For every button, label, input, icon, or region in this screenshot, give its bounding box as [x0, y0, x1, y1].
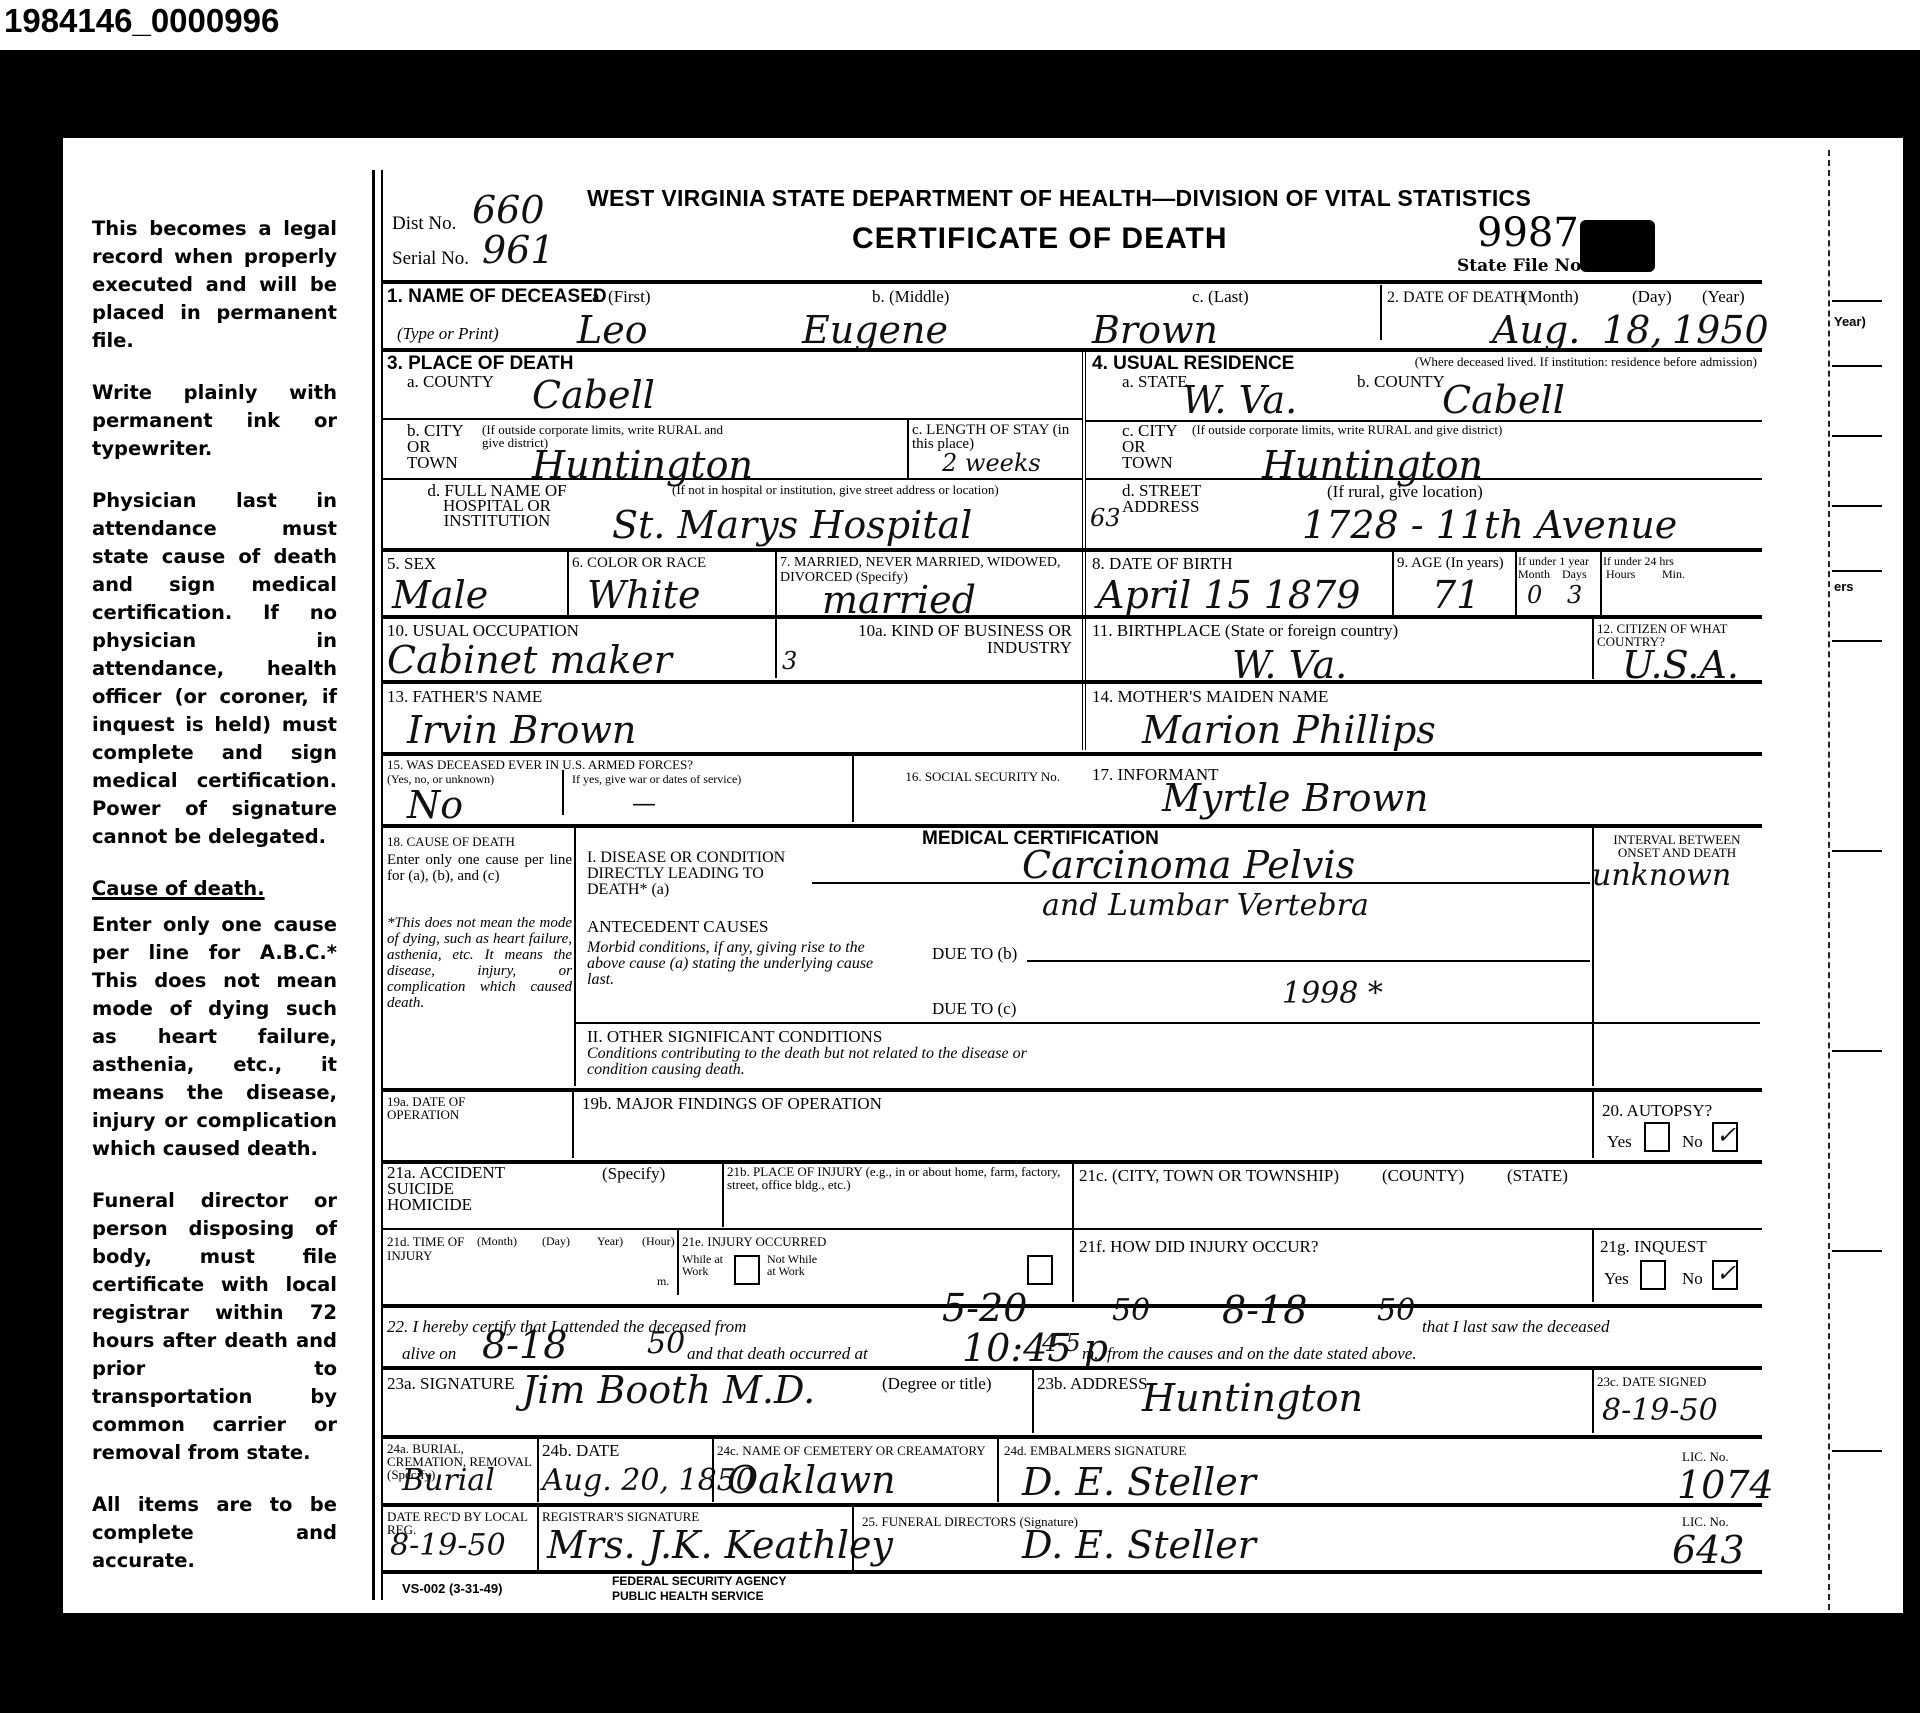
business-value: 3 — [782, 648, 797, 674]
checkmark-icon: ✓ — [1716, 1260, 1736, 1286]
injury-m-label: m. — [657, 1275, 669, 1287]
dist-no-label: Dist No. — [392, 215, 456, 232]
father-name-label: 13. FATHER'S NAME — [387, 688, 542, 705]
ers-fragment: ers — [1834, 580, 1854, 593]
agency-line2: PUBLIC HEALTH SERVICE — [612, 1590, 764, 1602]
dist-no-value: 660 — [472, 190, 545, 230]
last-name-value: Brown — [1092, 310, 1218, 350]
race-label: 6. COLOR OR RACE — [572, 555, 706, 572]
attended-to-date: 8-18 — [1222, 1290, 1307, 1330]
under-year-label: If under 1 year — [1518, 555, 1589, 567]
right-edge-strip: Year) ers — [1828, 150, 1902, 1610]
year-fragment: Year) — [1834, 315, 1866, 328]
mother-name-label: 14. MOTHER'S MAIDEN NAME — [1092, 688, 1328, 705]
place-of-injury-label: 21b. PLACE OF INJURY (e.g., in or about … — [727, 1165, 1067, 1191]
disease-a-line1: Carcinoma Pelvis — [1022, 845, 1355, 885]
instructions-sidebar: This becomes a legal record when properl… — [92, 215, 337, 1599]
physician-signature: Jim Booth M.D. — [522, 1370, 815, 1410]
birthplace-value: W. Va. — [1232, 645, 1347, 685]
age-value: 71 — [1432, 575, 1480, 615]
certify-line2-mid: and that death occurred at — [687, 1345, 868, 1362]
injury-day-label: (Day) — [542, 1235, 570, 1247]
degree-label: (Degree or title) — [882, 1375, 992, 1392]
cause-of-death-label: 18. CAUSE OF DEATH — [387, 835, 515, 848]
street-prefix-value: 63 — [1090, 505, 1121, 531]
citizen-value: U.S.A. — [1622, 645, 1739, 685]
death-city-label: b. CITY OR TOWN — [407, 423, 467, 471]
age-label: 9. AGE (In years) — [1397, 555, 1504, 572]
armed-forces-label: 15. WAS DECEASED EVER IN U.S. ARMED FORC… — [387, 758, 693, 771]
how-injury-label: 21f. HOW DID INJURY OCCUR? — [1079, 1238, 1318, 1255]
age-months-value: 0 — [1527, 582, 1542, 608]
date-signed-label: 23c. DATE SIGNED — [1597, 1375, 1706, 1388]
residence-city-label: c. CITY OR TOWN — [1122, 423, 1182, 471]
antecedent-label: ANTECEDENT CAUSES — [587, 918, 769, 935]
place-of-death-label: 3. PLACE OF DEATH — [387, 355, 574, 372]
due-to-b-label: DUE TO (b) — [932, 945, 1017, 962]
burial-date-value: Aug. 20, 1850 — [542, 1465, 755, 1497]
cause-note: *This does not mean the mode of dying, s… — [387, 915, 572, 1011]
department-heading: WEST VIRGINIA STATE DEPARTMENT OF HEALTH… — [587, 185, 1531, 212]
agency-line1: FEDERAL SECURITY AGENCY — [612, 1575, 786, 1587]
occupation-value: Cabinet maker — [387, 640, 672, 680]
cemetery-value: Oaklawn — [727, 1460, 896, 1500]
last-seen-date: 8-18 — [482, 1325, 567, 1365]
cause-instructions: Enter only one cause per line for (a), (… — [387, 852, 572, 884]
interval-label: INTERVAL BETWEEN ONSET AND DEATH — [1597, 833, 1757, 859]
attended-from-date: 5-20 — [942, 1288, 1027, 1328]
injury-year-label: Year) — [597, 1235, 623, 1247]
under-24-label: If under 24 hrs — [1603, 555, 1674, 567]
residence-state-value: W. Va. — [1182, 380, 1297, 420]
residence-city-note: (If outside corporate limits, write RURA… — [1192, 423, 1502, 436]
name-sublabel: (Type or Print) — [397, 325, 499, 342]
redacted-stamp — [1580, 220, 1655, 272]
other-conditions-note: Conditions contributing to the death but… — [587, 1046, 1067, 1078]
death-county-label: a. COUNTY — [407, 373, 494, 390]
certify-line2-prefix: alive on — [402, 1345, 456, 1362]
while-at-work-checkbox[interactable] — [734, 1255, 760, 1285]
due-to-c-label: DUE TO (c) — [932, 1000, 1016, 1017]
date-of-death-label: 2. DATE OF DEATH — [1387, 290, 1457, 305]
signature-label: 23a. SIGNATURE — [387, 1375, 515, 1392]
instruction-funeral-director: Funeral director or person disposing of … — [92, 1187, 337, 1467]
instruction-complete: All items are to be complete and accurat… — [92, 1491, 337, 1575]
date-received-value: 8-19-50 — [390, 1530, 506, 1562]
embalmer-lic-value: 1074 — [1677, 1465, 1774, 1505]
armed-forces-service-label: If yes, give war or dates of service) — [572, 773, 741, 785]
due-to-c-value: 1998 * — [1282, 978, 1383, 1010]
sex-value: Male — [392, 575, 488, 615]
autopsy-no-checkbox[interactable]: ✓ — [1712, 1122, 1738, 1152]
director-lic-value: 643 — [1672, 1530, 1745, 1570]
father-name-value: Irvin Brown — [407, 710, 636, 750]
autopsy-no-label: No — [1682, 1133, 1703, 1150]
last-seen-year: 50 — [647, 1328, 685, 1360]
inquest-no-checkbox[interactable]: ✓ — [1712, 1260, 1738, 1290]
disease-a-line2: and Lumbar Vertebra — [1042, 890, 1369, 922]
social-security-label: 16. SOCIAL SECURITY No. — [860, 770, 1060, 783]
instruction-cause: Enter only one cause per line for A.B.C.… — [92, 911, 337, 1163]
instruction-physician: Physician last in attendance must state … — [92, 487, 337, 851]
not-at-work-label: Not While at Work — [767, 1253, 822, 1277]
length-of-stay-label: c. LENGTH OF STAY (in this place) — [912, 423, 1082, 451]
operation-findings-label: 19b. MAJOR FINDINGS OF OPERATION — [582, 1095, 882, 1112]
death-day-value: 18, — [1602, 310, 1662, 350]
middle-name-value: Eugene — [802, 310, 948, 350]
usual-residence-note: (Where deceased lived. If institution: r… — [1357, 355, 1757, 368]
injury-county-label: (COUNTY) — [1382, 1167, 1464, 1184]
inquest-yes-checkbox[interactable] — [1640, 1260, 1666, 1290]
usual-residence-label: 4. USUAL RESIDENCE — [1092, 355, 1294, 372]
while-at-work-label: While at Work — [682, 1253, 732, 1277]
age-min-label: Min. — [1662, 568, 1685, 580]
name-label: 1. NAME OF DECEASED — [387, 288, 607, 305]
armed-forces-value: No — [407, 785, 463, 825]
death-month-value: Aug. — [1492, 310, 1580, 350]
age-days-label: Days — [1562, 568, 1587, 580]
date-of-birth-value: April 15 1879 — [1097, 575, 1360, 615]
antecedent-note: Morbid conditions, if any, giving rise t… — [587, 940, 877, 988]
marital-status-value: married — [822, 580, 976, 620]
street-address-value: 1728 - 11th Avenue — [1302, 505, 1677, 545]
residence-state-label: a. STATE — [1122, 373, 1188, 390]
burial-type-value: Burial — [402, 1465, 495, 1497]
injury-hour-label: (Hour) — [642, 1235, 675, 1247]
funeral-director-signature: D. E. Steller — [1022, 1525, 1256, 1565]
race-value: White — [587, 575, 700, 615]
disease-label: I. DISEASE OR CONDITION DIRECTLY LEADING… — [587, 850, 827, 898]
death-county-value: Cabell — [532, 375, 655, 415]
image-caption: 1984146_0000996 — [4, 2, 279, 48]
injury-month-label: (Month) — [477, 1235, 517, 1247]
death-day-label: (Day) — [1632, 288, 1672, 305]
serial-no-value: 961 — [482, 230, 555, 270]
sex-label: 5. SEX — [387, 555, 436, 572]
attended-from-year: 50 — [1112, 1295, 1150, 1327]
street-address-note: (If rural, give location) — [1327, 483, 1483, 500]
serial-no-label: Serial No. — [392, 250, 469, 267]
date-signed-value: 8-19-50 — [1602, 1395, 1718, 1427]
cemetery-label: 24c. NAME OF CEMETERY OR CREAMATORY — [717, 1444, 986, 1457]
death-year-label: (Year) — [1702, 288, 1745, 305]
form-code: VS-002 (3-31-49) — [402, 1582, 502, 1595]
instruction-write-plainly: Write plainly with permanent ink or type… — [92, 379, 337, 463]
residence-county-label: b. COUNTY — [1357, 373, 1445, 390]
attended-to-year: 50 — [1377, 1295, 1415, 1327]
not-at-work-checkbox[interactable] — [1027, 1255, 1053, 1285]
certify-line2-suffix: m., from the causes and on the date stat… — [1082, 1345, 1417, 1362]
inquest-label: 21g. INQUEST — [1600, 1238, 1707, 1255]
first-name-label: a. (First) — [592, 288, 651, 305]
registrar-signature-label: REGISTRAR'S SIGNATURE — [542, 1510, 699, 1523]
mother-name-value: Marion Phillips — [1142, 710, 1436, 750]
date-of-birth-label: 8. DATE OF BIRTH — [1092, 555, 1233, 572]
physician-address-label: 23b. ADDRESS — [1037, 1375, 1148, 1392]
director-lic-label: LIC. No. — [1682, 1515, 1729, 1528]
business-label: 10a. KIND OF BUSINESS OR INDUSTRY — [782, 622, 1072, 656]
death-year-value: 1950 — [1672, 310, 1769, 350]
hospital-label: d. FULL NAME OF HOSPITAL OR INSTITUTION — [407, 483, 587, 528]
injury-occurred-label: 21e. INJURY OCCURRED — [682, 1235, 826, 1248]
hospital-note: (If not in hospital or institution, give… — [672, 483, 1072, 496]
hospital-value: St. Marys Hospital — [612, 505, 972, 545]
informant-value: Myrtle Brown — [1162, 778, 1429, 818]
injury-specify-label: (Specify) — [602, 1165, 665, 1182]
birthplace-label: 11. BIRTHPLACE (State or foreign country… — [1092, 622, 1398, 639]
injury-city-label: 21c. (CITY, TOWN OR TOWNSHIP) — [1079, 1167, 1339, 1184]
age-month-label: Month — [1518, 568, 1550, 580]
first-name-value: Leo — [577, 310, 648, 350]
armed-forces-service-value: — — [632, 790, 656, 816]
middle-name-label: b. (Middle) — [872, 288, 949, 305]
last-name-label: c. (Last) — [1192, 288, 1249, 305]
state-file-no-label: State File No. — [1457, 258, 1587, 275]
burial-date-label: 24b. DATE — [542, 1442, 619, 1459]
certificate-title: CERTIFICATE OF DEATH — [852, 222, 1228, 256]
autopsy-label: 20. AUTOPSY? — [1602, 1102, 1712, 1119]
inquest-yes-label: Yes — [1604, 1270, 1629, 1287]
instruction-legal-record: This becomes a legal record when properl… — [92, 215, 337, 355]
occupation-label: 10. USUAL OCCUPATION — [387, 622, 579, 639]
physician-address-value: Huntington — [1142, 1378, 1363, 1418]
checkmark-icon: ✓ — [1716, 1122, 1736, 1148]
autopsy-yes-label: Yes — [1607, 1133, 1632, 1150]
embalmer-lic-label: LIC. No. — [1682, 1450, 1729, 1463]
death-certificate-form: WEST VIRGINIA STATE DEPARTMENT OF HEALTH… — [382, 170, 1762, 1600]
length-of-stay-value: 2 weeks — [942, 450, 1041, 476]
state-file-number: 9987 — [1477, 210, 1579, 256]
registrar-signature: Mrs. J.K. Keathley — [547, 1525, 893, 1565]
interval-value: unknown — [1592, 860, 1731, 892]
autopsy-yes-checkbox[interactable] — [1644, 1122, 1670, 1152]
residence-county-value: Cabell — [1442, 380, 1565, 420]
age-hours-label: Hours — [1606, 568, 1635, 580]
cause-of-death-heading: Cause of death. — [92, 875, 337, 903]
inquest-no-label: No — [1682, 1270, 1703, 1287]
other-conditions-label: II. OTHER SIGNIFICANT CONDITIONS — [587, 1028, 882, 1045]
embalmer-label: 24d. EMBALMERS SIGNATURE — [1004, 1444, 1186, 1457]
street-address-label: d. STREET ADDRESS — [1122, 483, 1222, 515]
operation-date-label: 19a. DATE OF OPERATION — [387, 1095, 527, 1121]
embalmer-signature: D. E. Steller — [1022, 1462, 1256, 1502]
death-month-label: (Month) — [1522, 288, 1579, 305]
certify-line1-suffix: that I last saw the deceased — [1422, 1318, 1609, 1335]
injury-type-label: 21a. ACCIDENT SUICIDE HOMICIDE — [387, 1165, 527, 1213]
age-days-value: 3 — [1567, 582, 1582, 608]
injury-time-label: 21d. TIME OF INJURY — [387, 1235, 467, 1263]
injury-state-label: (STATE) — [1507, 1167, 1568, 1184]
